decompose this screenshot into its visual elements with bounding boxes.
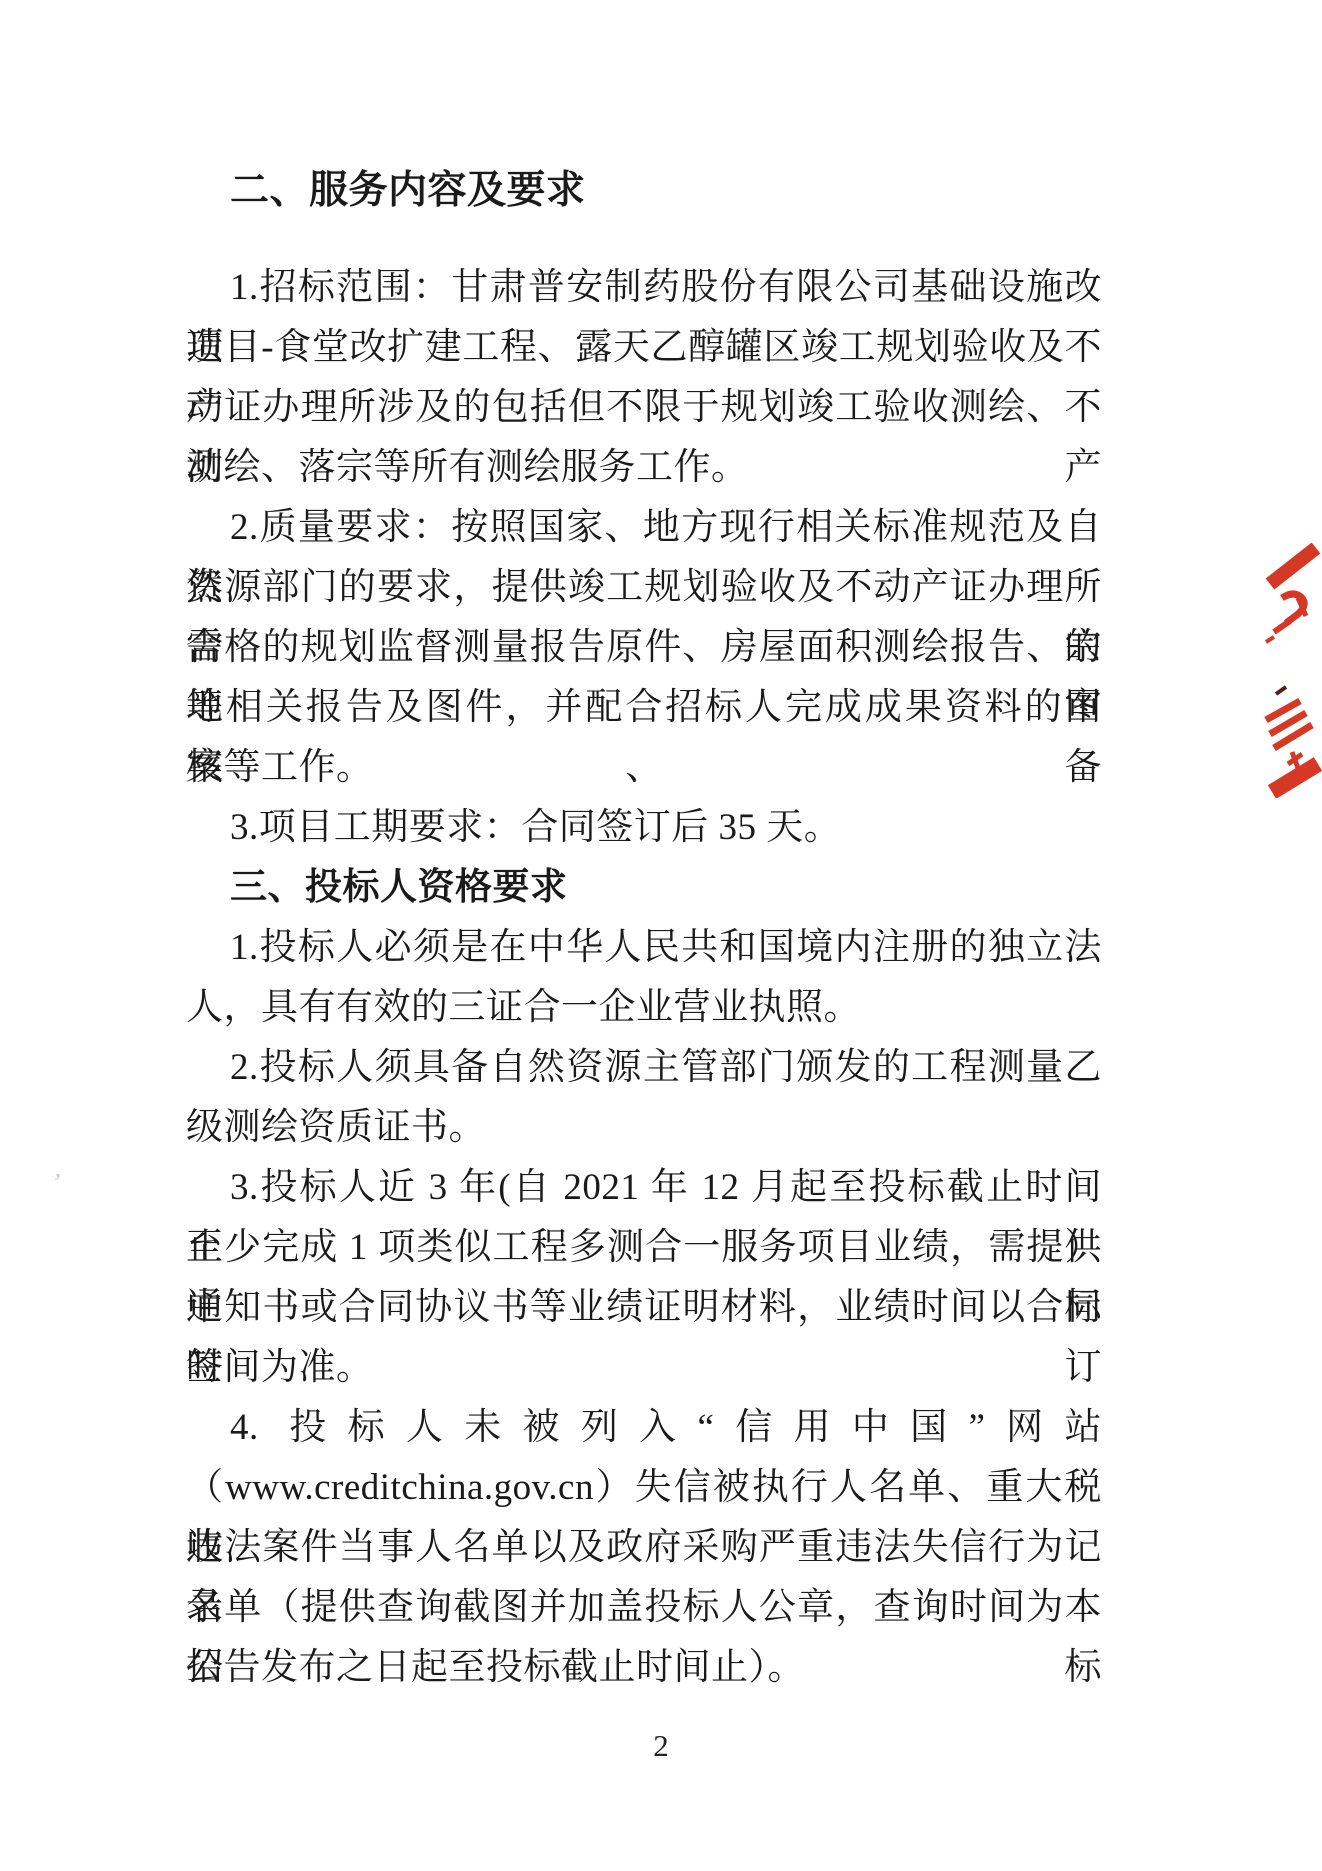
scan-artifact: ’: [49, 1167, 64, 1198]
text-line: 4. 投标人未被列入“信用中国”网站: [186, 1398, 1102, 1458]
text-line: 人，具有有效的三证合一企业营业执照。: [186, 978, 1102, 1038]
red-stamp-fragment-lower: [1252, 668, 1322, 798]
text-line: 资源部门的要求，提供竣工规划验收及不动产证办理所需的: [186, 558, 1102, 618]
document-body: 二、服务内容及要求1.招标范围：甘肃普安制药股份有限公司基础设施改造项目-食堂改…: [186, 148, 1102, 1698]
page-number: 2: [0, 1728, 1322, 1764]
text-line: 2.质量要求：按照国家、地方现行相关标准规范及自然: [186, 498, 1102, 558]
text-line: 2.投标人须具备自然资源主管部门颁发的工程测量乙: [186, 1038, 1102, 1098]
text-line: 合格的规划监督测量报告原件、房屋面积测绘报告、宗地图: [186, 618, 1102, 678]
text-line: （www.creditchina.gov.cn）失信被执行人名单、重大税收: [186, 1458, 1102, 1518]
text-line: 级测绘资质证书。: [186, 1098, 1102, 1158]
text-line: 项目-食堂改扩建工程、露天乙醇罐区竣工规划验收及不动: [186, 318, 1102, 378]
text-line: 至少完成 1 项类似工程多测合一服务项目业绩，需提供中标: [186, 1218, 1102, 1278]
text-line: 3.项目工期要求：合同签订后 35 天。: [186, 798, 1102, 858]
section-heading-3: 三、投标人资格要求: [186, 858, 1102, 918]
section-heading-2: 二、服务内容及要求: [186, 148, 1102, 242]
text-line: 产证办理所涉及的包括但不限于规划竣工验收测绘、不动产: [186, 378, 1102, 438]
red-stamp-fragment-upper: [1252, 536, 1322, 666]
text-line: 1.招标范围：甘肃普安制药股份有限公司基础设施改造: [186, 258, 1102, 318]
text-line: 名单（提供查询截图并加盖投标人公章，查询时间为本招标: [186, 1578, 1102, 1638]
text-line: 等相关报告及图件，并配合招标人完成成果资料的审核、备: [186, 678, 1102, 738]
text-line: 3.投标人近 3 年(自 2021 年 12 月起至投标截止时间止）: [186, 1158, 1102, 1218]
document-page: 二、服务内容及要求1.招标范围：甘肃普安制药股份有限公司基础设施改造项目-食堂改…: [0, 0, 1322, 1871]
text-line: 违法案件当事人名单以及政府采购严重违法失信行为记录: [186, 1518, 1102, 1578]
text-line: 通知书或合同协议书等业绩证明材料，业绩时间以合同签订: [186, 1278, 1102, 1338]
text-line: 1.投标人必须是在中华人民共和国境内注册的独立法: [186, 918, 1102, 978]
